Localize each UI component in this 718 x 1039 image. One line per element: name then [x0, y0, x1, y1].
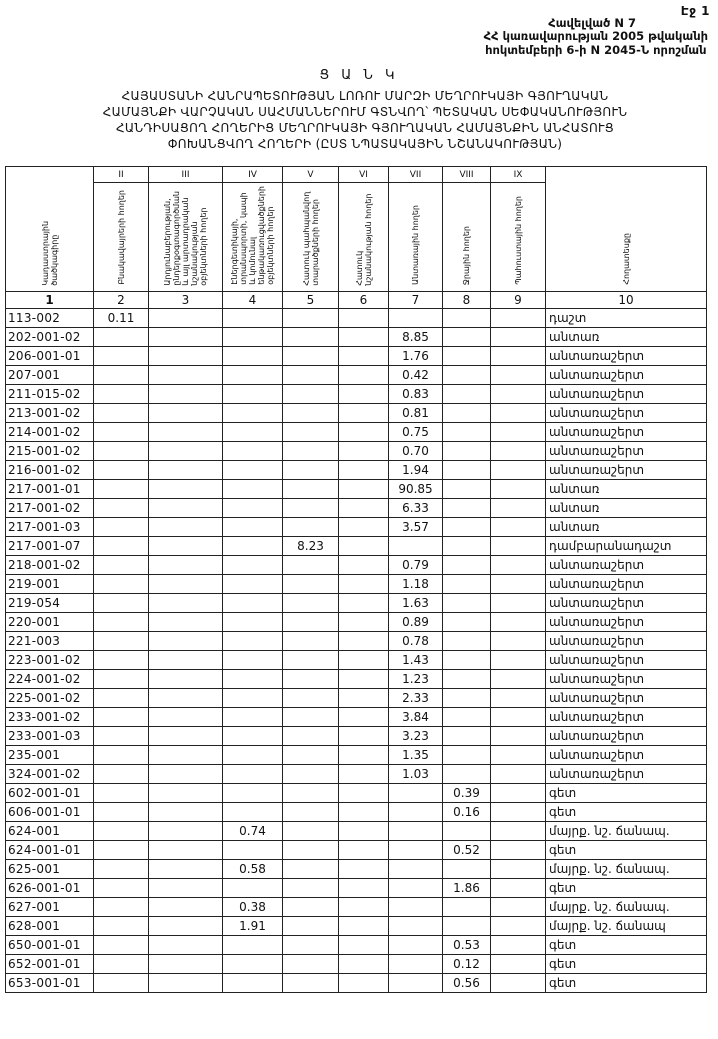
water-land-cell: 0.53: [443, 935, 491, 954]
column-header-9: Պահուստային հողեր: [491, 183, 546, 292]
protected-area-cell: [283, 707, 339, 726]
land-type-cell: անտառաշերտ: [546, 365, 707, 384]
forest-land-cell: 1.43: [389, 650, 443, 669]
column-header-8: Ջրային հողեր: [443, 183, 491, 292]
forest-land-cell: 1.76: [389, 346, 443, 365]
industrial-land-cell: [149, 536, 223, 555]
industrial-land-cell: [149, 574, 223, 593]
special-purpose-cell: [339, 536, 389, 555]
water-land-cell: [443, 612, 491, 631]
column-number: 8: [443, 291, 491, 308]
table-row: 624-0010.74մայրք. նշ. ճանապ.: [6, 821, 707, 840]
water-land-cell: 0.56: [443, 973, 491, 992]
protected-area-cell: 8.23: [283, 536, 339, 555]
land-type-cell: դաշտ: [546, 308, 707, 327]
infrastructure-land-cell: [223, 802, 283, 821]
table-row: 220-0010.89անտառաշերտ: [6, 612, 707, 631]
forest-land-cell: 1.63: [389, 593, 443, 612]
infrastructure-land-cell: [223, 878, 283, 897]
protected-area-cell: [283, 365, 339, 384]
reserve-land-cell: [491, 346, 546, 365]
industrial-land-cell: [149, 650, 223, 669]
infrastructure-land-cell: [223, 688, 283, 707]
roman-header: V: [283, 167, 339, 183]
cadastral-code-cell: 606-001-01: [6, 802, 94, 821]
protected-area-cell: [283, 555, 339, 574]
infrastructure-land-cell: [223, 707, 283, 726]
special-purpose-cell: [339, 859, 389, 878]
special-purpose-cell: [339, 935, 389, 954]
protected-area-cell: [283, 517, 339, 536]
water-land-cell: [443, 745, 491, 764]
settlement-land-cell: [94, 612, 149, 631]
industrial-land-cell: [149, 479, 223, 498]
water-land-cell: [443, 669, 491, 688]
land-type-cell: մայրք. նշ. ճանապ.: [546, 897, 707, 916]
column-number: 7: [389, 291, 443, 308]
industrial-land-cell: [149, 745, 223, 764]
settlement-land-cell: 0.11: [94, 308, 149, 327]
land-type-cell: անտառաշերտ: [546, 384, 707, 403]
roman-header: IV: [223, 167, 283, 183]
infrastructure-land-cell: [223, 479, 283, 498]
protected-area-cell: [283, 574, 339, 593]
settlement-land-cell: [94, 821, 149, 840]
annex-reference: ՀՀ կառավարության 2005 թվականի հոկտեմբերի…: [484, 30, 708, 57]
forest-land-cell: 0.79: [389, 555, 443, 574]
industrial-land-cell: [149, 878, 223, 897]
water-land-cell: [443, 631, 491, 650]
forest-land-cell: [389, 821, 443, 840]
column-number: 5: [283, 291, 339, 308]
water-land-cell: [443, 460, 491, 479]
cadastral-code-cell: 626-001-01: [6, 878, 94, 897]
industrial-land-cell: [149, 346, 223, 365]
land-type-cell: անտառաշերտ: [546, 650, 707, 669]
settlement-land-cell: [94, 840, 149, 859]
roman-header-row: Կադաստրային ծածկագիրը II III IV V VI VII…: [6, 167, 707, 183]
infrastructure-land-cell: [223, 517, 283, 536]
reserve-land-cell: [491, 669, 546, 688]
industrial-land-cell: [149, 327, 223, 346]
land-type-cell: գետ: [546, 783, 707, 802]
roman-header: II: [94, 167, 149, 183]
special-purpose-cell: [339, 403, 389, 422]
table-row: 113-0020.11դաշտ: [6, 308, 707, 327]
reserve-land-cell: [491, 479, 546, 498]
land-type-cell: անտառ: [546, 498, 707, 517]
land-type-cell: գետ: [546, 878, 707, 897]
infrastructure-land-cell: [223, 441, 283, 460]
special-purpose-cell: [339, 365, 389, 384]
column-number-row: 1 2 3 4 5 6 7 8 9 10: [6, 291, 707, 308]
settlement-land-cell: [94, 422, 149, 441]
water-land-cell: [443, 574, 491, 593]
infrastructure-land-cell: [223, 650, 283, 669]
land-type-cell: անտառաշերտ: [546, 707, 707, 726]
infrastructure-land-cell: [223, 954, 283, 973]
special-purpose-cell: [339, 669, 389, 688]
table-row: 215-001-020.70անտառաշերտ: [6, 441, 707, 460]
settlement-land-cell: [94, 441, 149, 460]
protected-area-cell: [283, 783, 339, 802]
special-purpose-cell: [339, 327, 389, 346]
land-type-cell: գետ: [546, 802, 707, 821]
roman-header: VIII: [443, 167, 491, 183]
table-row: 217-001-0190.85անտառ: [6, 479, 707, 498]
industrial-land-cell: [149, 821, 223, 840]
table-row: 627-0010.38մայրք. նշ. ճանապ.: [6, 897, 707, 916]
special-purpose-cell: [339, 840, 389, 859]
reserve-land-cell: [491, 631, 546, 650]
water-land-cell: [443, 764, 491, 783]
land-type-cell: գետ: [546, 935, 707, 954]
forest-land-cell: 90.85: [389, 479, 443, 498]
water-land-cell: [443, 327, 491, 346]
industrial-land-cell: [149, 916, 223, 935]
infrastructure-land-cell: [223, 460, 283, 479]
land-type-cell: մայրք. նշ. ճանապ.: [546, 859, 707, 878]
infrastructure-land-cell: [223, 612, 283, 631]
infrastructure-land-cell: [223, 308, 283, 327]
table-row: 211-015-020.83անտառաշերտ: [6, 384, 707, 403]
infrastructure-land-cell: [223, 574, 283, 593]
land-type-cell: անտառաշերտ: [546, 574, 707, 593]
infrastructure-land-cell: 0.58: [223, 859, 283, 878]
forest-land-cell: 0.81: [389, 403, 443, 422]
column-number: 6: [339, 291, 389, 308]
reserve-land-cell: [491, 821, 546, 840]
table-body: 113-0020.11դաշտ202-001-028.85անտառ206-00…: [6, 308, 707, 992]
water-land-cell: [443, 688, 491, 707]
infrastructure-land-cell: 0.38: [223, 897, 283, 916]
forest-land-cell: 1.23: [389, 669, 443, 688]
forest-land-cell: 2.33: [389, 688, 443, 707]
forest-land-cell: 0.78: [389, 631, 443, 650]
water-land-cell: [443, 859, 491, 878]
table-row: 652-001-010.12գետ: [6, 954, 707, 973]
settlement-land-cell: [94, 650, 149, 669]
infrastructure-land-cell: [223, 593, 283, 612]
column-header-3: Արդյունաբերության, ընդերքօգտագործման և ա…: [149, 183, 223, 292]
forest-land-cell: 0.70: [389, 441, 443, 460]
cadastral-code-cell: 624-001-01: [6, 840, 94, 859]
special-purpose-cell: [339, 783, 389, 802]
industrial-land-cell: [149, 897, 223, 916]
land-type-cell: անտառաշերտ: [546, 745, 707, 764]
water-land-cell: [443, 346, 491, 365]
settlement-land-cell: [94, 555, 149, 574]
settlement-land-cell: [94, 764, 149, 783]
special-purpose-cell: [339, 346, 389, 365]
protected-area-cell: [283, 460, 339, 479]
settlement-land-cell: [94, 327, 149, 346]
cadastral-code-cell: 224-001-02: [6, 669, 94, 688]
cadastral-code-cell: 653-001-01: [6, 973, 94, 992]
protected-area-cell: [283, 764, 339, 783]
protected-area-cell: [283, 403, 339, 422]
forest-land-cell: 3.57: [389, 517, 443, 536]
special-purpose-cell: [339, 479, 389, 498]
settlement-land-cell: [94, 783, 149, 802]
reserve-land-cell: [491, 650, 546, 669]
land-type-cell: մայրք. նշ. ճանապ.: [546, 821, 707, 840]
water-land-cell: [443, 707, 491, 726]
cadastral-code-cell: 214-001-02: [6, 422, 94, 441]
table-row: 233-001-033.23անտառաշերտ: [6, 726, 707, 745]
cadastral-code-cell: 211-015-02: [6, 384, 94, 403]
industrial-land-cell: [149, 403, 223, 422]
industrial-land-cell: [149, 726, 223, 745]
industrial-land-cell: [149, 631, 223, 650]
protected-area-cell: [283, 327, 339, 346]
cadastral-code-cell: 235-001: [6, 745, 94, 764]
forest-land-cell: 3.84: [389, 707, 443, 726]
protected-area-cell: [283, 916, 339, 935]
special-purpose-cell: [339, 555, 389, 574]
roman-header: VI: [339, 167, 389, 183]
forest-land-cell: [389, 308, 443, 327]
settlement-land-cell: [94, 688, 149, 707]
cadastral-code-cell: 624-001: [6, 821, 94, 840]
infrastructure-land-cell: [223, 422, 283, 441]
protected-area-cell: [283, 384, 339, 403]
settlement-land-cell: [94, 536, 149, 555]
column-number: 10: [546, 291, 707, 308]
protected-area-cell: [283, 878, 339, 897]
settlement-land-cell: [94, 460, 149, 479]
infrastructure-land-cell: [223, 631, 283, 650]
reserve-land-cell: [491, 403, 546, 422]
special-purpose-cell: [339, 707, 389, 726]
infrastructure-land-cell: [223, 764, 283, 783]
settlement-land-cell: [94, 365, 149, 384]
cadastral-code-cell: 218-001-02: [6, 555, 94, 574]
forest-land-cell: 3.23: [389, 726, 443, 745]
industrial-land-cell: [149, 612, 223, 631]
special-purpose-cell: [339, 308, 389, 327]
table-row: 224-001-021.23անտառաշերտ: [6, 669, 707, 688]
cadastral-code-cell: 220-001: [6, 612, 94, 631]
page-number: Էջ 1: [681, 4, 710, 18]
reserve-land-cell: [491, 840, 546, 859]
settlement-land-cell: [94, 498, 149, 517]
table-row: 624-001-010.52գետ: [6, 840, 707, 859]
reserve-land-cell: [491, 460, 546, 479]
protected-area-cell: [283, 498, 339, 517]
reserve-land-cell: [491, 802, 546, 821]
column-number: 1: [6, 291, 94, 308]
settlement-land-cell: [94, 935, 149, 954]
water-land-cell: [443, 555, 491, 574]
land-type-cell: անտառաշերտ: [546, 555, 707, 574]
cadastral-code-cell: 223-001-02: [6, 650, 94, 669]
special-purpose-cell: [339, 593, 389, 612]
land-type-cell: անտառ: [546, 517, 707, 536]
table-row: 206-001-011.76անտառաշերտ: [6, 346, 707, 365]
column-header-2: Բնակավայրերի հողեր: [94, 183, 149, 292]
table-row: 217-001-026.33անտառ: [6, 498, 707, 517]
forest-land-cell: [389, 878, 443, 897]
cadastral-code-cell: 628-001: [6, 916, 94, 935]
forest-land-cell: [389, 916, 443, 935]
water-land-cell: 1.86: [443, 878, 491, 897]
protected-area-cell: [283, 612, 339, 631]
special-purpose-cell: [339, 954, 389, 973]
infrastructure-land-cell: [223, 346, 283, 365]
land-type-cell: անտառաշերտ: [546, 422, 707, 441]
land-type-cell: անտառ: [546, 327, 707, 346]
water-land-cell: [443, 403, 491, 422]
protected-area-cell: [283, 821, 339, 840]
water-land-cell: 0.39: [443, 783, 491, 802]
land-table: Կադաստրային ծածկագիրը II III IV V VI VII…: [5, 166, 707, 993]
special-purpose-cell: [339, 460, 389, 479]
table-row: 602-001-010.39գետ: [6, 783, 707, 802]
table-row: 628-0011.91մայրք. նշ. ճանապ: [6, 916, 707, 935]
special-purpose-cell: [339, 441, 389, 460]
reserve-land-cell: [491, 384, 546, 403]
industrial-land-cell: [149, 935, 223, 954]
column-header-1: Կադաստրային ծածկագիրը: [6, 167, 94, 292]
special-purpose-cell: [339, 916, 389, 935]
settlement-land-cell: [94, 707, 149, 726]
special-purpose-cell: [339, 498, 389, 517]
column-number: 4: [223, 291, 283, 308]
reserve-land-cell: [491, 745, 546, 764]
column-number: 3: [149, 291, 223, 308]
forest-land-cell: [389, 783, 443, 802]
settlement-land-cell: [94, 802, 149, 821]
cadastral-code-cell: 217-001-03: [6, 517, 94, 536]
table-row: 626-001-011.86գետ: [6, 878, 707, 897]
land-type-cell: անտառաշերտ: [546, 764, 707, 783]
document-subtitle: ՀԱՅԱՍՏԱՆԻ ՀԱՆՐԱՊԵՏՈՒԹՅԱՆ ԼՈՌՈՒ ՄԱՐԶԻ ՄԵՂ…: [95, 88, 635, 152]
table-row: 202-001-028.85անտառ: [6, 327, 707, 346]
industrial-land-cell: [149, 441, 223, 460]
industrial-land-cell: [149, 308, 223, 327]
cadastral-code-cell: 217-001-01: [6, 479, 94, 498]
land-type-cell: գետ: [546, 840, 707, 859]
settlement-land-cell: [94, 726, 149, 745]
column-number: 9: [491, 291, 546, 308]
infrastructure-land-cell: [223, 669, 283, 688]
forest-land-cell: [389, 954, 443, 973]
forest-land-cell: [389, 897, 443, 916]
land-type-cell: դամբարանադաշտ: [546, 536, 707, 555]
cadastral-code-cell: 206-001-01: [6, 346, 94, 365]
reserve-land-cell: [491, 764, 546, 783]
table-row: 324-001-021.03անտառաշերտ: [6, 764, 707, 783]
cadastral-code-cell: 213-001-02: [6, 403, 94, 422]
cadastral-code-cell: 225-001-02: [6, 688, 94, 707]
protected-area-cell: [283, 840, 339, 859]
forest-land-cell: 8.85: [389, 327, 443, 346]
infrastructure-land-cell: [223, 403, 283, 422]
industrial-land-cell: [149, 517, 223, 536]
reserve-land-cell: [491, 707, 546, 726]
industrial-land-cell: [149, 498, 223, 517]
infrastructure-land-cell: [223, 745, 283, 764]
protected-area-cell: [283, 441, 339, 460]
infrastructure-land-cell: [223, 973, 283, 992]
special-purpose-cell: [339, 897, 389, 916]
industrial-land-cell: [149, 422, 223, 441]
infrastructure-land-cell: [223, 840, 283, 859]
reserve-land-cell: [491, 574, 546, 593]
industrial-land-cell: [149, 707, 223, 726]
water-land-cell: [443, 365, 491, 384]
special-purpose-cell: [339, 384, 389, 403]
settlement-land-cell: [94, 574, 149, 593]
table-row: 653-001-010.56գետ: [6, 973, 707, 992]
water-land-cell: 0.12: [443, 954, 491, 973]
settlement-land-cell: [94, 631, 149, 650]
industrial-land-cell: [149, 688, 223, 707]
protected-area-cell: [283, 346, 339, 365]
land-type-cell: անտառաշերտ: [546, 669, 707, 688]
reserve-land-cell: [491, 783, 546, 802]
column-header-6: Հատուկ նշանակության հողեր: [339, 183, 389, 292]
annex-line-1: ՀՀ կառավարության 2005 թվականի: [484, 30, 708, 44]
protected-area-cell: [283, 726, 339, 745]
special-purpose-cell: [339, 612, 389, 631]
land-type-cell: անտառաշերտ: [546, 441, 707, 460]
land-type-cell: անտառ: [546, 479, 707, 498]
infrastructure-land-cell: 1.91: [223, 916, 283, 935]
forest-land-cell: 0.42: [389, 365, 443, 384]
table-row: 219-0011.18անտառաշերտ: [6, 574, 707, 593]
protected-area-cell: [283, 669, 339, 688]
reserve-land-cell: [491, 954, 546, 973]
reserve-land-cell: [491, 498, 546, 517]
special-purpose-cell: [339, 650, 389, 669]
protected-area-cell: [283, 802, 339, 821]
protected-area-cell: [283, 479, 339, 498]
reserve-land-cell: [491, 859, 546, 878]
special-purpose-cell: [339, 878, 389, 897]
settlement-land-cell: [94, 403, 149, 422]
settlement-land-cell: [94, 384, 149, 403]
table-row: 217-001-033.57անտառ: [6, 517, 707, 536]
roman-header: IX: [491, 167, 546, 183]
forest-land-cell: 6.33: [389, 498, 443, 517]
water-land-cell: [443, 726, 491, 745]
water-land-cell: [443, 897, 491, 916]
protected-area-cell: [283, 422, 339, 441]
infrastructure-land-cell: 0.74: [223, 821, 283, 840]
roman-header: VII: [389, 167, 443, 183]
table-row: 223-001-021.43անտառաշերտ: [6, 650, 707, 669]
table-row: 218-001-020.79անտառաշերտ: [6, 555, 707, 574]
forest-land-cell: 1.18: [389, 574, 443, 593]
settlement-land-cell: [94, 593, 149, 612]
special-purpose-cell: [339, 422, 389, 441]
table-row: 650-001-010.53գետ: [6, 935, 707, 954]
settlement-land-cell: [94, 859, 149, 878]
infrastructure-land-cell: [223, 935, 283, 954]
table-row: 217-001-078.23դամբարանադաշտ: [6, 536, 707, 555]
water-land-cell: 0.52: [443, 840, 491, 859]
water-land-cell: [443, 593, 491, 612]
water-land-cell: [443, 441, 491, 460]
reserve-land-cell: [491, 935, 546, 954]
forest-land-cell: [389, 802, 443, 821]
reserve-land-cell: [491, 593, 546, 612]
industrial-land-cell: [149, 365, 223, 384]
reserve-land-cell: [491, 726, 546, 745]
land-type-cell: գետ: [546, 973, 707, 992]
